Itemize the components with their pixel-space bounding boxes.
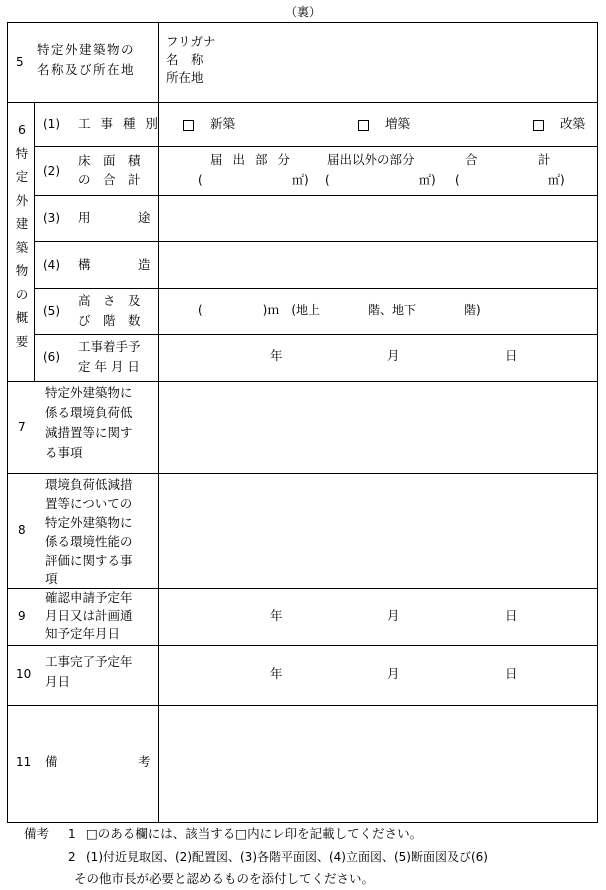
note-text: その他市長が必要と認めるものを添付してください。	[74, 869, 374, 889]
table-border-left	[7, 22, 8, 822]
use-label: 用	[78, 208, 91, 228]
sub-number: (2)	[43, 161, 60, 181]
label-char: の	[14, 283, 30, 307]
row-number: 8	[18, 520, 26, 540]
row-label: 評価に関する事	[45, 551, 133, 571]
sub-number: (4)	[43, 255, 60, 275]
row-divider	[34, 146, 598, 147]
row-divider	[7, 473, 598, 474]
row-divider	[7, 645, 598, 646]
row-label: 減措置等に関す	[45, 423, 133, 443]
label-char: 定	[14, 165, 30, 189]
row-number: 9	[18, 606, 26, 626]
row-number: 5	[16, 52, 24, 72]
label-char: 物	[14, 259, 30, 283]
row-number: 6	[14, 118, 30, 142]
row-label: 確認申請予定年	[45, 588, 133, 608]
row-label: る事項	[45, 443, 83, 463]
paren: (	[455, 170, 460, 190]
sub-number: (1)	[43, 114, 60, 134]
day-label: 日	[505, 346, 518, 366]
total-area-input[interactable]	[462, 172, 547, 188]
structure-label: 構	[78, 255, 91, 275]
label-char: 概	[14, 306, 30, 330]
structure-label: 造	[138, 255, 151, 275]
use-label: 途	[138, 208, 151, 228]
year-label: 年	[270, 664, 283, 684]
row-label: 工事完了予定年	[45, 652, 133, 672]
row-divider	[7, 705, 598, 706]
name-address-input-area[interactable]	[240, 30, 590, 98]
unit-sqm: ㎡)	[419, 170, 436, 190]
start-date-label: 定 年 月 日	[78, 357, 140, 377]
row-number: 10	[16, 664, 31, 684]
row-number: 7	[18, 417, 26, 437]
option-label: 増築	[385, 114, 410, 134]
month-label: 月	[387, 664, 400, 684]
floor-area-label: 床 面 積	[78, 151, 141, 171]
row-label: 名称及び所在地	[37, 60, 135, 80]
row-label: 月日又は計画通	[45, 606, 133, 626]
row-label: 係る環境性能の	[45, 532, 133, 552]
paren: (	[325, 170, 330, 190]
month-label: 月	[387, 346, 400, 366]
label-char: 外	[14, 189, 30, 213]
row-divider	[34, 195, 598, 196]
sub-number: (3)	[43, 208, 60, 228]
year-label: 年	[270, 346, 283, 366]
remarks-label: 考	[138, 752, 151, 772]
table-border-right	[597, 22, 598, 822]
height-floors-label: 高 さ 及	[78, 291, 141, 311]
checkbox-extension[interactable]	[358, 119, 369, 133]
row-divider	[34, 241, 598, 242]
construction-type-label: 工 事 種 別	[78, 114, 161, 134]
row-label: 特定外建築物に	[45, 383, 133, 403]
header-total-a: 合	[465, 150, 478, 170]
use-input[interactable]	[160, 197, 596, 240]
paren: (	[198, 170, 203, 190]
note-text: □のある欄には、該当する□内にレ印を記載してください。	[86, 824, 422, 844]
day-label: 日	[505, 606, 518, 626]
checkbox-icon[interactable]	[533, 120, 544, 131]
month-label: 月	[387, 606, 400, 626]
page-title: （裏）	[0, 3, 606, 20]
label-char: 建	[14, 212, 30, 236]
start-date-label: 工事着手予	[78, 337, 141, 357]
note-text: (1)付近見取図、(2)配置図、(3)各階平面図、(4)立面図、(5)断面図及び…	[86, 847, 488, 867]
height-floors-value[interactable]: ( )ｍ (地上 階、地下 階)	[198, 300, 481, 320]
row-divider	[7, 381, 598, 382]
sub-number: (6)	[43, 347, 60, 367]
row6-vertical-label: 6 特 定 外 建 築 物 の 概 要	[14, 118, 30, 353]
checkbox-new-construction[interactable]	[183, 119, 194, 133]
note-number: 1	[68, 824, 76, 844]
year-label: 年	[270, 606, 283, 626]
note-number: 2	[68, 847, 76, 867]
label-char: 築	[14, 236, 30, 260]
row-divider	[34, 288, 598, 289]
address-label: 所在地	[166, 68, 204, 88]
header-reported-part: 届 出 部 分	[210, 150, 293, 170]
row-label: 項	[45, 569, 58, 589]
row-label: 特定外建築物の	[37, 40, 135, 60]
checkbox-icon[interactable]	[183, 120, 194, 131]
row-number: 11	[16, 752, 31, 772]
height-floors-label: び 階 数	[78, 311, 141, 331]
remarks-label: 備	[45, 752, 58, 772]
checkbox-renovation[interactable]	[533, 119, 544, 133]
structure-input[interactable]	[160, 243, 596, 287]
reported-area-input[interactable]	[205, 172, 290, 188]
environmental-performance-input[interactable]	[160, 475, 596, 587]
header-other-part: 届出以外の部分	[327, 150, 415, 170]
furigana-label: フリガナ	[166, 32, 215, 52]
label-char: 特	[14, 142, 30, 166]
other-area-input[interactable]	[332, 172, 417, 188]
table-border-top	[7, 22, 598, 23]
row-divider	[7, 102, 598, 103]
row-label: 環境負荷低減措	[45, 475, 133, 495]
name-label: 名 称	[166, 50, 204, 70]
environmental-measures-input[interactable]	[160, 383, 596, 472]
notes-heading: 備考	[24, 824, 49, 844]
row-label: 置等についての	[45, 494, 132, 514]
label-char: 要	[14, 330, 30, 354]
row-label: 係る環境負荷低	[45, 403, 133, 423]
row-divider	[34, 334, 598, 335]
row-label: 知予定年月日	[45, 624, 120, 644]
option-label: 新築	[210, 114, 235, 134]
label-column-divider	[158, 22, 159, 822]
row-label: 月日	[45, 672, 70, 692]
unit-sqm: ㎡)	[548, 170, 565, 190]
checkbox-icon[interactable]	[358, 120, 369, 131]
floor-area-label: の 合 計	[78, 170, 141, 190]
day-label: 日	[505, 664, 518, 684]
option-label: 改築	[560, 114, 585, 134]
table-border-bottom	[7, 822, 598, 823]
row-label: 特定外建築物に	[45, 513, 133, 533]
remarks-input[interactable]	[160, 707, 596, 821]
unit-sqm: ㎡)	[292, 170, 309, 190]
sub-number: (5)	[43, 301, 60, 321]
header-total-b: 計	[538, 150, 551, 170]
